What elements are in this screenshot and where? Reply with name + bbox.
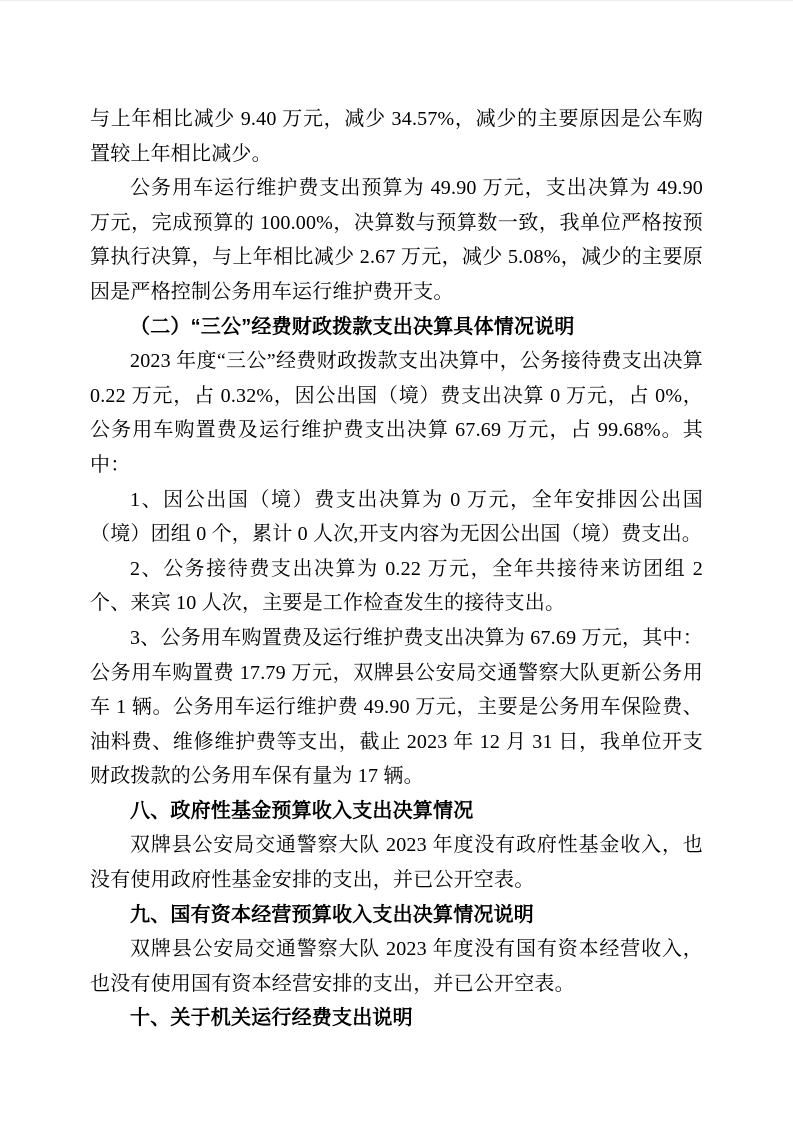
document-page: 与上年相比减少 9.40 万元，减少 34.57%，减少的主要原因是公车购置较上… (0, 0, 793, 1122)
document-body: 与上年相比减少 9.40 万元，减少 34.57%，减少的主要原因是公车购置较上… (90, 102, 703, 1036)
paragraph-vehicle-purchase-decrease: 与上年相比减少 9.40 万元，减少 34.57%，减少的主要原因是公车购置较上… (90, 102, 703, 171)
section-heading-8-government-funds: 八、政府性基金预算收入支出决算情况 (90, 794, 703, 829)
paragraph-item-1-overseas-trips: 1、因公出国（境）费支出决算为 0 万元，全年安排因公出国（境）团组 0 个，累… (90, 483, 703, 552)
paragraph-government-funds: 双牌县公安局交通警察大队 2023 年度没有政府性基金收入，也没有使用政府性基金… (90, 828, 703, 897)
paragraph-item-2-official-reception: 2、公务接待费支出决算为 0.22 万元，全年共接待来访团组 2 个、来宾 10… (90, 552, 703, 621)
section-heading-three-public-detail: （二）“三公”经费财政拨款支出决算具体情况说明 (90, 310, 703, 345)
paragraph-item-3-vehicle-expense: 3、公务用车购置费及运行维护费支出决算为 67.69 万元，其中：公务用车购置费… (90, 621, 703, 794)
section-heading-10-operating-expense: 十、关于机关运行经费支出说明 (90, 1001, 703, 1036)
paragraph-state-capital: 双牌县公安局交通警察大队 2023 年度没有国有资本经营收入，也没有使用国有资本… (90, 932, 703, 1001)
paragraph-three-public-summary: 2023 年度“三公”经费财政拨款支出决算中，公务接待费支出决算 0.22 万元… (90, 344, 703, 482)
section-heading-9-state-capital: 九、国有资本经营预算收入支出决算情况说明 (90, 898, 703, 933)
paragraph-vehicle-maintenance-budget: 公务用车运行维护费支出预算为 49.90 万元，支出决算为 49.90 万元，完… (90, 171, 703, 309)
